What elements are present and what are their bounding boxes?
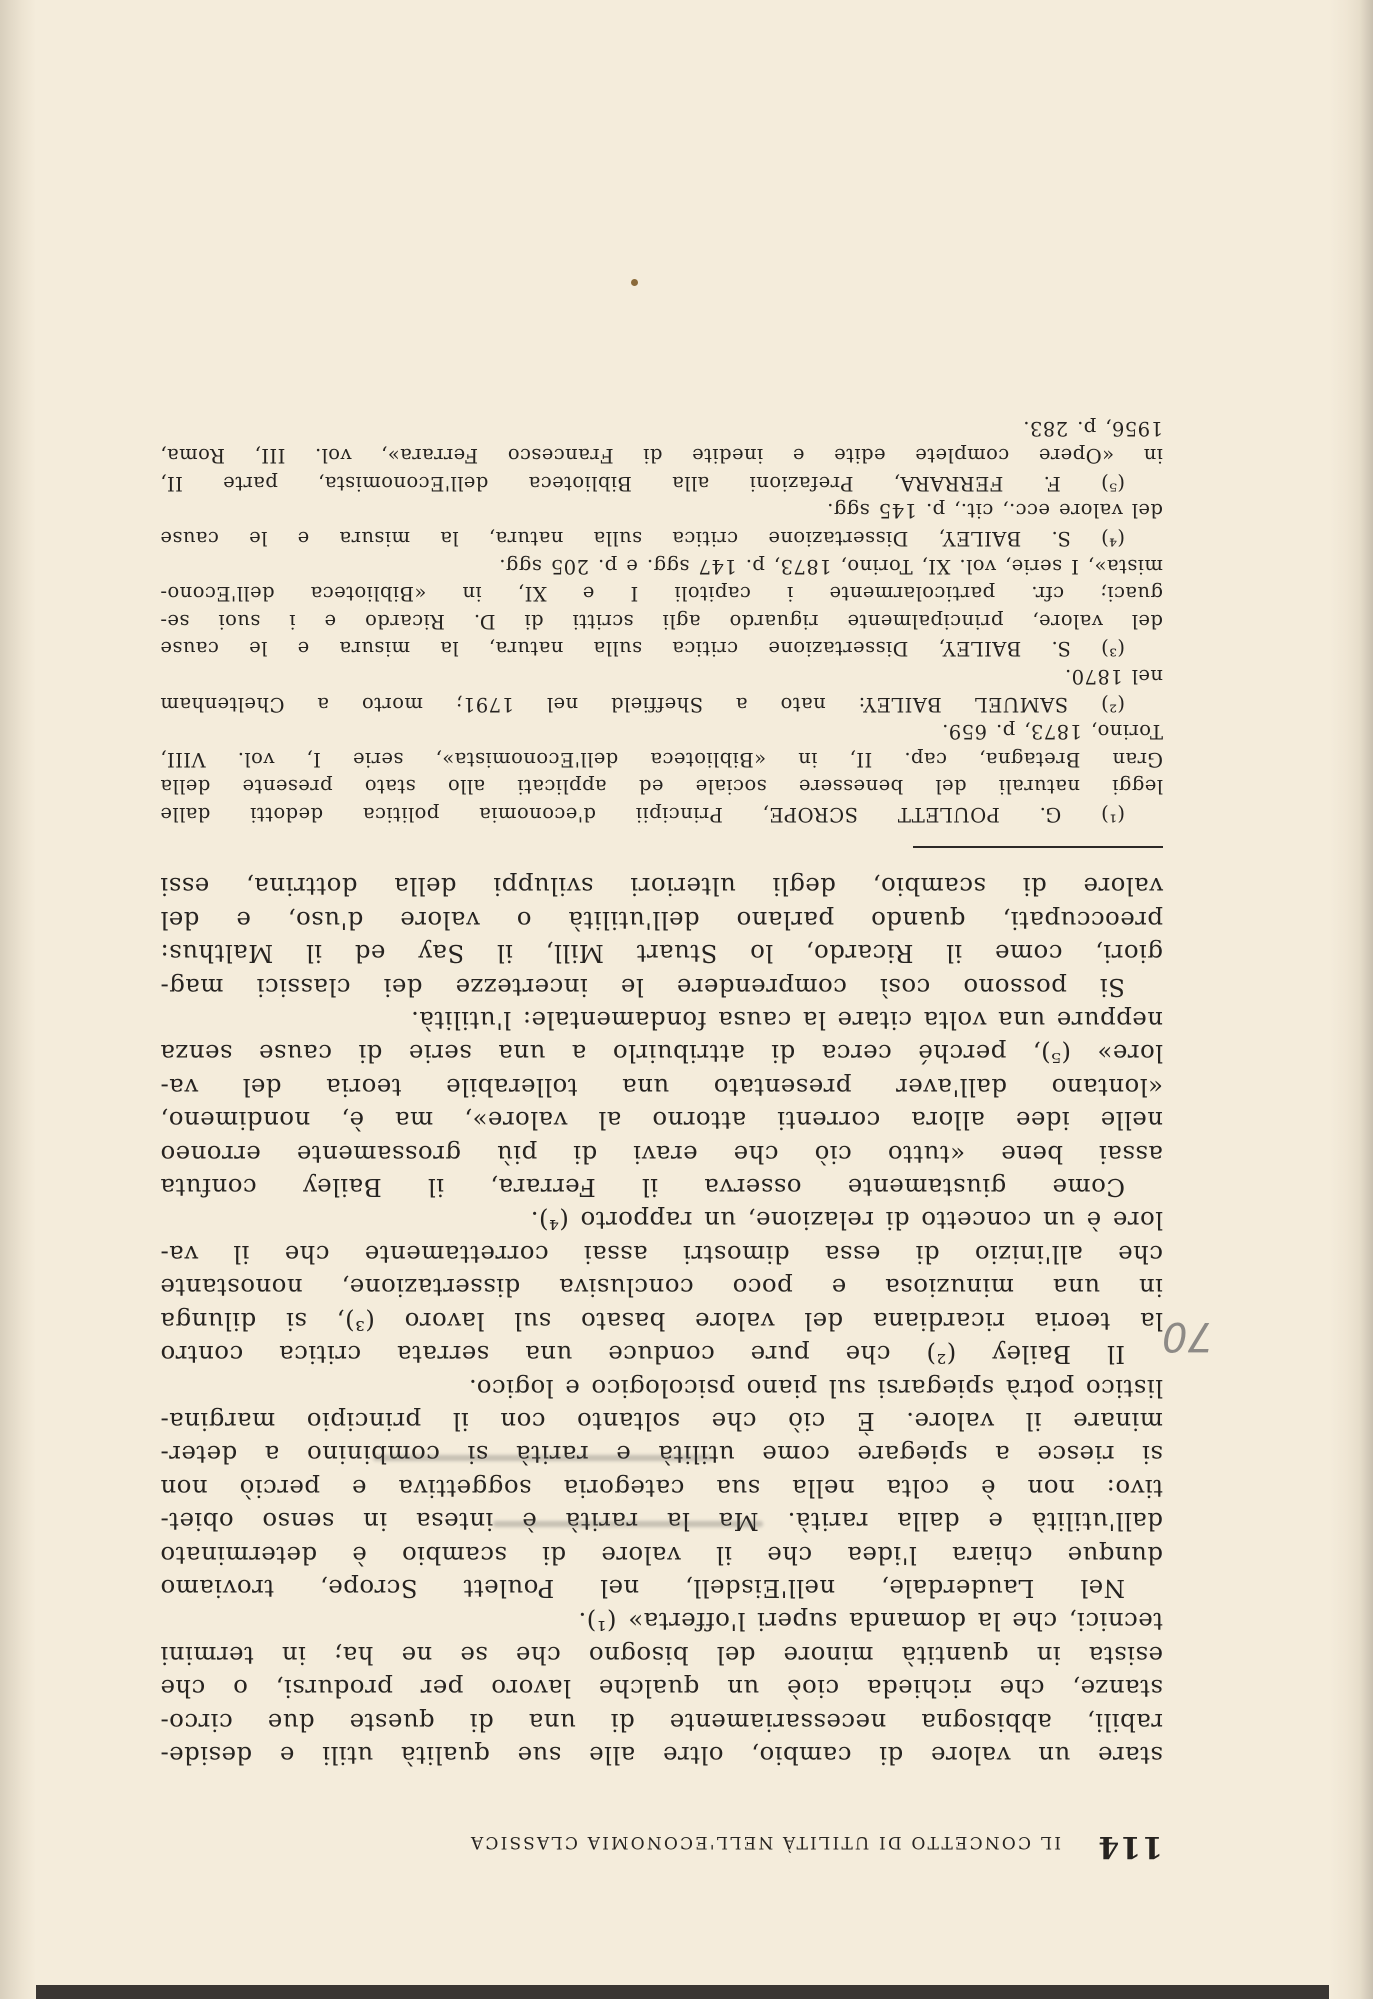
text-line: neppure una volta citare la causa fondam… [160,1004,1163,1037]
pencil-underline [493,1521,763,1527]
footnote-line: del valore ecc., cit., p. 145 sgg. [160,497,1163,525]
footnote-3: (³) S. BAILEY, Dissertazione critica sul… [160,552,1163,662]
paragraph: stare un valore di cambio, oltre alle su… [160,1605,1163,1772]
text-line: Il Bailey (²) che pure conduce una serra… [160,1338,1163,1371]
text-line: listico potrà spiegarsi sul piano psicol… [160,1371,1163,1404]
text-line: nelle idee allora correnti attorno al va… [160,1104,1163,1137]
text-line: dunque chiara l'idea che il valore di sc… [160,1538,1163,1571]
body-text: stare un valore di cambio, oltre alle su… [160,870,1163,1772]
text-line: Come giustamente osserva il Ferrara, il … [160,1171,1163,1204]
footnote-line: (¹) G. POULETT SCROPE, Principii d'econo… [160,800,1163,828]
paragraph: Come giustamente osserva il Ferrara, il … [160,1004,1163,1204]
text-line: Nel Lauderdale, nell'Eisdell, nel Poulet… [160,1572,1163,1605]
text-line: Si possono così comprendere le incertezz… [160,970,1163,1003]
pencil-underline [373,1455,713,1461]
footnote-line: (³) S. BAILEY, Dissertazione critica sul… [160,635,1163,663]
footnote-4: (⁴) S. BAILEY, Dissertazione critica sul… [160,497,1163,552]
text-line: assai bene «tutto ciò che eravi di più g… [160,1137,1163,1170]
footnote-line: (⁴) S. BAILEY, Dissertazione critica sul… [160,525,1163,553]
footnote-line: nel 1870. [160,662,1163,690]
footnote-line: (⁵) F. FERRARA, Prefazioni alla Bibliote… [160,469,1163,497]
text-line: in una minuziosa e poco conclusiva disse… [160,1271,1163,1304]
paragraph: Nel Lauderdale, nell'Eisdell, nel Poulet… [160,1371,1163,1605]
scanner-edge-band [0,1985,1373,1999]
text-line: giori, come il Ricardo, lo Stuart Mill, … [160,937,1163,970]
footnote-line: (²) SAMUEL BAILEY: nato a Sheffield nel … [160,690,1163,718]
footnote-line: 1956, p. 283. [160,414,1163,442]
footnote-line: del valore, principalmente riguardo agli… [160,607,1163,635]
text-line: lore è un concetto di relazione, un rapp… [160,1204,1163,1237]
footnotes: (¹) G. POULETT SCROPE, Principii d'econo… [160,414,1163,828]
text-line: valore di scambio, degli ulteriori svilu… [160,870,1163,903]
text-line: stare un valore di cambio, oltre alle su… [160,1739,1163,1772]
footnote-line: in «Opere complete edite e inedite di Fr… [160,442,1163,470]
text-line: tecnici, che la domanda superi l'offerta… [160,1605,1163,1638]
pencil-annotation: 70 [1162,1313,1213,1359]
running-head: 114 IL CONCETTO DI UTILITÀ NELL'ECONOMIA… [160,1820,1163,1864]
footnote-5: (⁵) F. FERRARA, Prefazioni alla Bibliote… [160,414,1163,497]
footnote-line: leggi naturali del benessere sociale ed … [160,773,1163,801]
text-line: rabili, abbisogna necessariamente di una… [160,1705,1163,1738]
footnote-line: mista», I serie, vol. XI, Torino, 1873, … [160,552,1163,580]
running-head-title: IL CONCETTO DI UTILITÀ NELL'ECONOMIA CLA… [469,1832,1083,1852]
ink-spot [631,279,638,286]
text-line: stanze, che richieda cioè un qualche lav… [160,1672,1163,1705]
footnote-2: (²) SAMUEL BAILEY: nato a Sheffield nel … [160,662,1163,717]
text-line: esista in quantità minore del bisogno ch… [160,1638,1163,1671]
text-line: preoccupati, quando parlano dell'utilità… [160,903,1163,936]
paragraph: Il Bailey (²) che pure conduce una serra… [160,1204,1163,1371]
text-line: tivo: non è colta nella sua categoria so… [160,1471,1163,1504]
page-number: 114 [1083,1829,1163,1864]
text-block: 114 IL CONCETTO DI UTILITÀ NELL'ECONOMIA… [160,414,1163,1864]
scanned-page: 70 114 IL CONCETTO DI UTILITÀ NELL'ECONO… [0,0,1373,1999]
text-line: minare il valore. È ciò che soltanto con… [160,1405,1163,1438]
footnote-separator [913,846,1163,848]
text-line: «lontano dall'aver presentato una toller… [160,1070,1163,1103]
footnote-line: Torino, 1873, p. 659. [160,718,1163,746]
footnote-line: Gran Bretagna, cap. II, in «Biblioteca d… [160,745,1163,773]
page-gutter [0,0,36,1999]
page-stack-edges [1329,0,1373,1999]
footnote-line: guaci; cfr. particolarmente i capitoli I… [160,580,1163,608]
text-line: la teoria ricardiana del valore basato s… [160,1304,1163,1337]
paragraph: Si possono così comprendere le incertezz… [160,870,1163,1004]
text-line: lore» (⁵), perché cerca di attribuirlo a… [160,1037,1163,1070]
text-line: che all'inizio di essa dimostri assai co… [160,1238,1163,1271]
footnote-1: (¹) G. POULETT SCROPE, Principii d'econo… [160,718,1163,828]
